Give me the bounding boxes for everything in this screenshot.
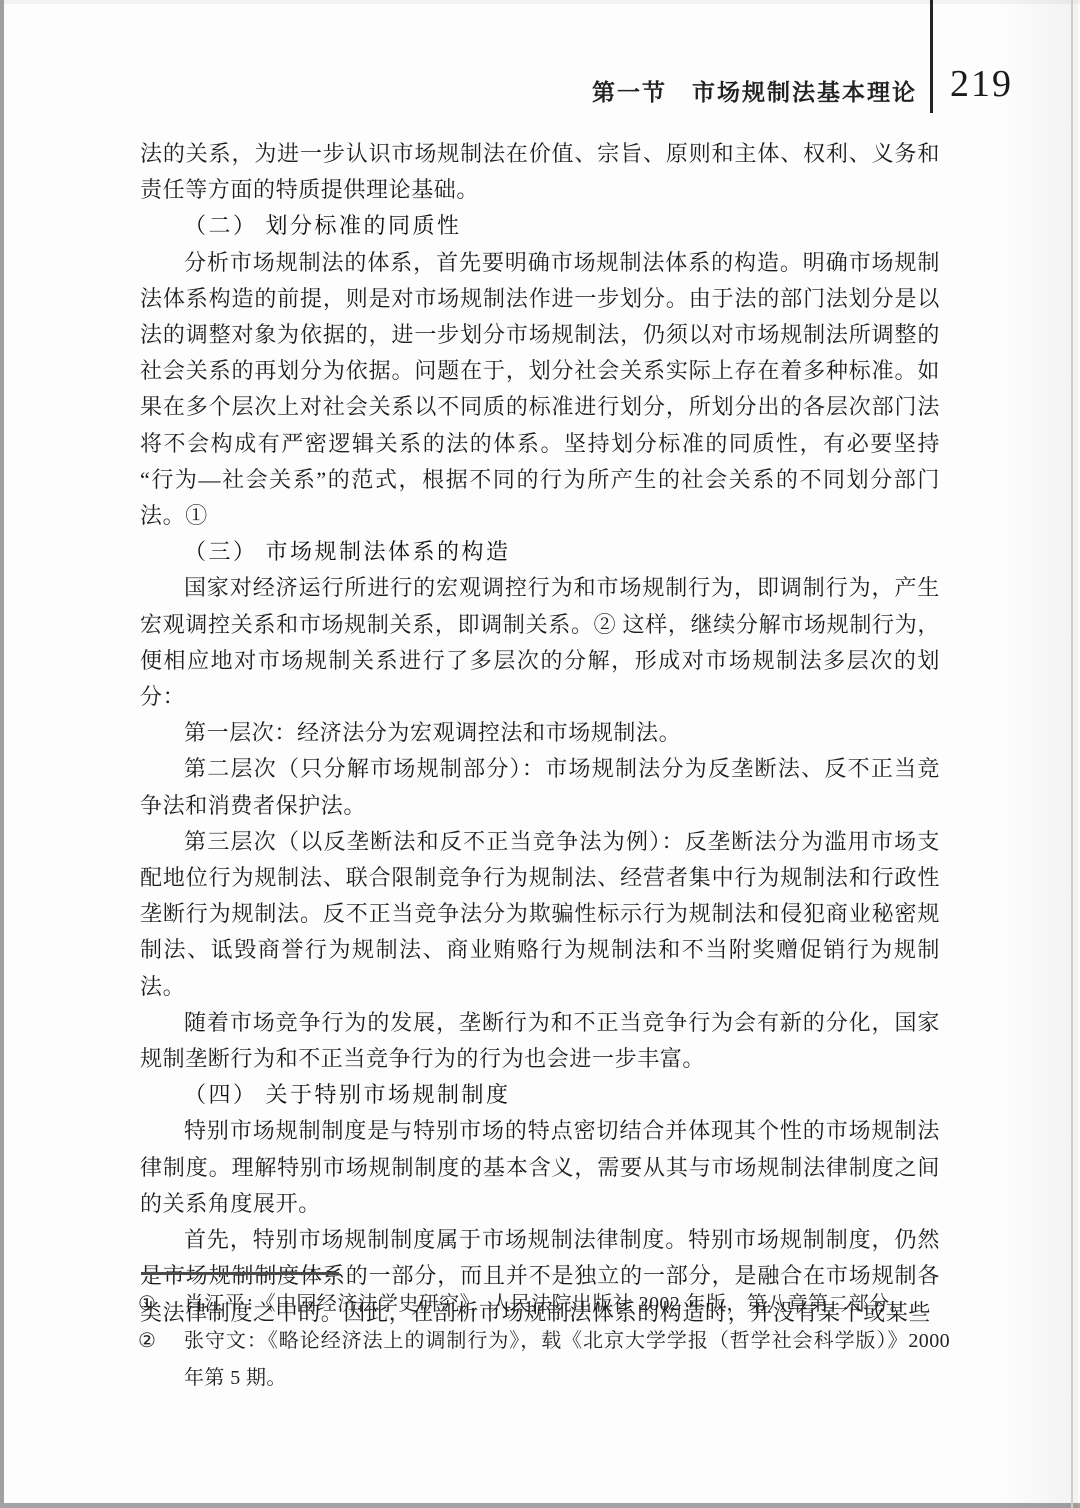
paragraph-continuation: 法的关系，为进一步认识市场规制法在价值、宗旨、原则和主体、权利、义务和责任等方面… bbox=[140, 136, 940, 208]
running-head-divider bbox=[930, 0, 933, 113]
scan-shadow-right bbox=[1000, 0, 1078, 1508]
footnote-text: 张守文：《略论经济法上的调制行为》，载《北京大学学报（哲学社会科学版）》2000… bbox=[184, 1323, 950, 1397]
running-head-title: 第一节 市场规制法基本理论 bbox=[592, 74, 917, 107]
paragraph-level-3: 第三层次（以反垄断法和反不正当竞争法为例）：反垄断法分为滥用市场支配地位行为规制… bbox=[140, 824, 940, 1005]
paragraph: 分析市场规制法的体系，首先要明确市场规制法体系的构造。明确市场规制法体系构造的前… bbox=[140, 245, 940, 535]
footnote-item: ① 肖江平：《中国经济法学史研究》，人民法院出版社 2002 年版，第八章第二部… bbox=[138, 1286, 950, 1323]
footnote-list: ① 肖江平：《中国经济法学史研究》，人民法院出版社 2002 年版，第八章第二部… bbox=[138, 1286, 950, 1397]
text-column: 法的关系，为进一步认识市场规制法在价值、宗旨、原则和主体、权利、义务和责任等方面… bbox=[140, 136, 940, 1331]
paragraph: 特别市场规制制度是与特别市场的特点密切结合并体现其个性的市场规制法律制度。理解特… bbox=[140, 1113, 940, 1222]
section-heading-4: （四） 关于特别市场规制制度 bbox=[140, 1077, 940, 1113]
scan-edge-top bbox=[0, 0, 1080, 4]
paragraph: 国家对经济运行所进行的宏观调控行为和市场规制行为，即调制行为，产生宏观调控关系和… bbox=[140, 570, 940, 715]
paragraph-level-1: 第一层次：经济法分为宏观调控法和市场规制法。 bbox=[140, 715, 940, 751]
page-number: 219 bbox=[950, 62, 1013, 106]
footnote-marker: ② bbox=[138, 1323, 184, 1360]
scan-edge-bottom bbox=[0, 1503, 1080, 1508]
book-page: 第一节 市场规制法基本理论 219 法的关系，为进一步认识市场规制法在价值、宗旨… bbox=[0, 0, 1080, 1508]
section-heading-2: （二） 划分标准的同质性 bbox=[140, 208, 940, 244]
scan-edge-left bbox=[0, 0, 4, 1508]
footnote-divider bbox=[141, 1272, 339, 1275]
footnote-item: ② 张守文：《略论经济法上的调制行为》，载《北京大学学报（哲学社会科学版）》20… bbox=[138, 1323, 950, 1397]
footnote-marker: ① bbox=[138, 1286, 184, 1323]
paragraph: 随着市场竞争行为的发展，垄断行为和不正当竞争行为会有新的分化，国家规制垄断行为和… bbox=[140, 1005, 940, 1077]
section-heading-3: （三） 市场规制法体系的构造 bbox=[140, 534, 940, 570]
footnote-text: 肖江平：《中国经济法学史研究》，人民法院出版社 2002 年版，第八章第二部分。 bbox=[184, 1286, 950, 1323]
paragraph-level-2: 第二层次（只分解市场规制部分）：市场规制法分为反垄断法、反不正当竞争法和消费者保… bbox=[140, 751, 940, 823]
